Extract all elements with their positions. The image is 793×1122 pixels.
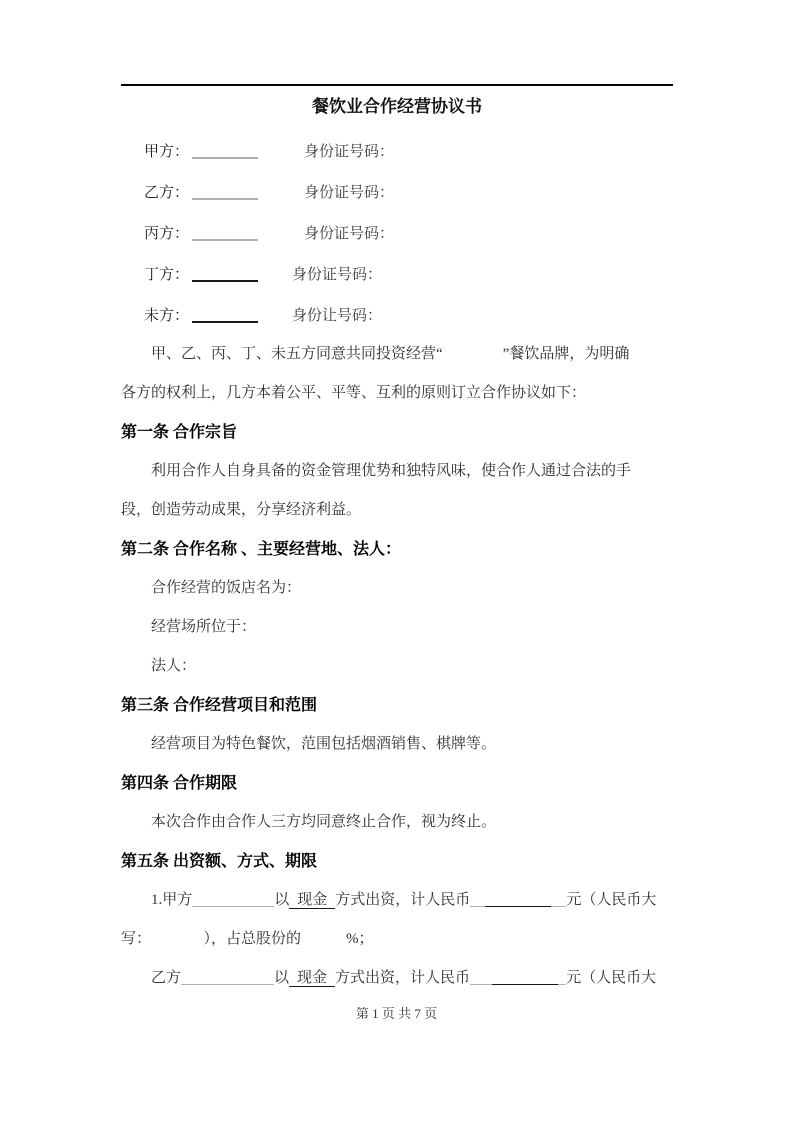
blank-line — [470, 891, 485, 907]
party-blank-line — [192, 266, 258, 282]
section-heading: 第五条 出资额、方式、期限 — [121, 842, 673, 881]
document-content: 餐饮业合作经营协议书 甲方：身份证号码：乙方：身份证号码：丙方：身份证号码：丁方… — [121, 0, 673, 998]
text-segment: 以 — [274, 892, 289, 908]
text-segment: 1.甲方 — [151, 892, 192, 908]
text-segment: 方式出资，计人民币 — [335, 970, 470, 986]
blank-line — [551, 891, 566, 907]
text-line: 法人： — [121, 647, 673, 686]
blank-line — [492, 969, 558, 985]
underlined-text: 现金 — [289, 892, 335, 909]
section-heading: 第三条 合作经营项目和范围 — [121, 686, 673, 725]
party-label: 乙方： — [144, 181, 189, 202]
section-heading: 第四条 合作期限 — [121, 764, 673, 803]
blank-line — [181, 969, 274, 985]
party-id-label: 身份证号码： — [304, 140, 394, 161]
text-segment: 以 — [274, 970, 289, 986]
party-blank-line — [192, 307, 258, 323]
text-segment: 元（人民币大 — [566, 892, 656, 908]
blank-line — [470, 969, 492, 985]
party-id-label: 身份证号码： — [304, 222, 394, 243]
party-id-label: 身份证号码： — [292, 263, 382, 284]
text-line: 合作经营的饭店名为： — [121, 569, 673, 608]
section-heading: 第一条 合作宗旨 — [121, 413, 673, 452]
party-row: 丁方：身份证号码： — [121, 253, 673, 294]
text-segment: 元（人民币大 — [566, 970, 656, 986]
text-line: 利用合作人自身具备的资金管理优势和独特风味，使合作人通过合法的手 — [121, 452, 673, 491]
header-rule — [121, 84, 673, 86]
party-rows: 甲方：身份证号码：乙方：身份证号码：丙方：身份证号码：丁方：身份证号码：未方：身… — [121, 130, 673, 335]
blank-line — [485, 891, 551, 907]
party-blank-line — [192, 143, 258, 159]
text-line: 1.甲方以现金方式出资，计人民币元（人民币大 — [121, 881, 673, 920]
party-row: 甲方：身份证号码： — [121, 130, 673, 171]
text-line: 经营场所位于： — [121, 608, 673, 647]
text-line: 段，创造劳动成果，分享经济利益。 — [121, 491, 673, 530]
party-blank-line — [192, 225, 258, 241]
text-segment: 方式出资，计人民币 — [335, 892, 470, 908]
text-line: 各方的权利上，几方本着公平、平等、互利的原则订立合作协议如下： — [121, 374, 673, 413]
body-lines: 甲、乙、丙、丁、未五方同意共同投资经营“ ”餐饮品牌，为明确各方的权利上，几方本… — [121, 335, 673, 998]
party-blank-line — [192, 184, 258, 200]
party-label: 未方： — [144, 304, 189, 325]
party-label: 甲方： — [144, 140, 189, 161]
text-line: 甲、乙、丙、丁、未五方同意共同投资经营“ ”餐饮品牌，为明确 — [121, 335, 673, 374]
party-row: 未方：身份让号码： — [121, 294, 673, 335]
blank-line — [558, 969, 566, 985]
document-page: 餐饮业合作经营协议书 甲方：身份证号码：乙方：身份证号码：丙方：身份证号码：丁方… — [0, 0, 793, 1122]
page-footer: 第 1 页 共 7 页 — [0, 1003, 793, 1022]
underlined-text: 现金 — [289, 970, 335, 987]
party-label: 丁方： — [144, 263, 189, 284]
section-heading: 第二条 合作名称 、主要经营地、法人： — [121, 530, 673, 569]
text-segment: 乙方 — [151, 970, 181, 986]
party-id-label: 身份证号码： — [304, 181, 394, 202]
party-id-label: 身份让号码： — [292, 304, 382, 325]
text-line: 本次合作由合作人三方均同意终止合作，视为终止。 — [121, 803, 673, 842]
party-row: 乙方：身份证号码： — [121, 171, 673, 212]
text-line: 写： ），占总股份的 %； — [121, 920, 673, 959]
blank-line — [192, 891, 274, 907]
party-label: 丙方： — [144, 222, 189, 243]
party-row: 丙方：身份证号码： — [121, 212, 673, 253]
text-line: 经营项目为特色餐饮，范围包括烟酒销售、棋牌等。 — [121, 725, 673, 764]
text-line: 乙方以现金方式出资，计人民币元（人民币大 — [121, 959, 673, 998]
document-title: 餐饮业合作经营协议书 — [121, 94, 673, 120]
